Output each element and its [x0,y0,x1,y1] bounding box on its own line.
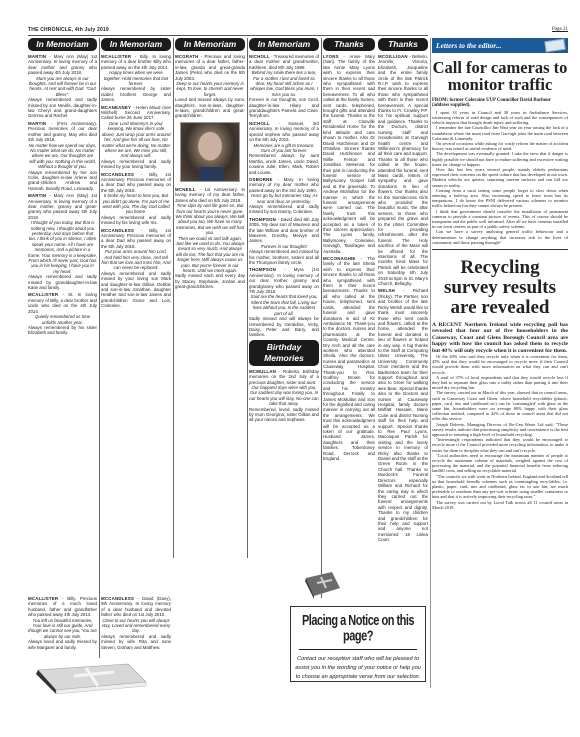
column-in-memoriam-2: In Memoriam MCALLISTER - Billy. In lovin… [101,38,171,311]
top-rule [28,35,428,36]
placing-notice-box: Placing a Notice on this page? Contact o… [290,606,426,682]
bible-icon [28,660,148,696]
notice-entry: MARTIN - (First Anniversary). Precious m… [28,121,97,191]
notice-entry: MCMULLAN - Roberta. Birthday memories on… [249,369,319,423]
column-divider [99,38,100,658]
section-header-thanks: Thanks [378,38,428,51]
notice-entry: MCALLISTER - Billy. In loving memory of … [101,54,171,103]
notice-box-body: Contact our reception staff who will be … [295,655,421,682]
notice-entry: MCANEANEY - Helen Maud (nee Mitchell) Se… [101,105,171,170]
section-header-in-memoriam: In Memoriam [28,38,97,51]
section-header-thanks: Thanks [323,38,375,51]
column-in-memoriam-2b: MCCANDLESS - David (Davy), 9th Anniversa… [101,596,171,652]
notice-entry: MCCONAGHIE - The family of the late Shei… [323,256,375,461]
notice-box-rule [299,649,417,650]
envelope-icon [544,39,565,53]
notice-entry: THOMPSON - David died 6th July 2005. 'My… [249,217,319,266]
notice-entry: MARTIN - Mary Ann (May) 1st Anniversary.… [28,54,97,119]
letter-body: I spent 18 years in Council and 38 years… [432,110,568,245]
article-divider [432,249,568,250]
column-divider [430,38,431,688]
notice-entry: MCNEILL - 1st Anniversary. In loving mem… [175,187,245,290]
section-header-in-memoriam: In Memoriam [101,38,171,51]
letter-byline: FROM: former Coleraine UUP Councillor Da… [432,98,568,109]
recycling-lead: A RECENT Northern Ireland wide recycling… [432,322,568,354]
notice-entry: NICHOLL - Treasured memories of a dear m… [249,54,319,119]
notice-entry: LYONS - Annie Mary (Nan). The family of … [323,54,375,254]
letters-column: Letters to the editor... Call for camera… [432,38,568,510]
notice-entry: MCGILLIGAN - Bellerin, Jennifer, Victori… [378,54,428,286]
column-divider [321,38,322,598]
column-divider [247,38,248,558]
notice-entry: MCALLISTER - Billy. Precious memories of… [28,596,97,650]
notice-entry: THOMPSON - Myra (1st Anniversary). In lo… [249,267,319,337]
column-in-memoriam-3: In Memoriam MCGRATH - Precious and lovin… [175,38,245,292]
column-divider [173,38,174,558]
notice-entry: MCALLISTER - St. In loving memory of Bil… [28,292,97,335]
section-header-in-memoriam: In Memoriam [249,38,319,51]
notice-entry: WELSH - Richard (Ricky). The Partner, so… [378,288,428,542]
notice-entry: MCCANDLESS - David (Davy), 9th Anniversa… [101,596,171,650]
section-header-in-memoriam: In Memoriam [175,38,245,51]
letter-headline: Call for cameras to monitor traffic [432,59,568,94]
masthead: THE CHRONICLE, 4th July 2019 Page 21 [28,27,568,35]
notice-entry: MARTIN - Mary Ann (May) 1st Anniversary.… [28,193,97,290]
column-thanks-2: Thanks MCGILLIGAN - Bellerin, Jennifer, … [378,38,428,545]
recycling-headline: Recycling survey results are revealed [432,258,568,318]
column-thanks-1: Thanks LYONS - Annie Mary (Nan). The fam… [323,38,375,463]
notice-entry: NICHOLL - Samuel, 3rd Anniversary. In lo… [249,121,319,175]
notice-entry: OSBORNE - Mary. In loving memory of my d… [249,177,319,215]
letters-banner: Letters to the editor... [432,38,568,53]
recycling-body: Of the 40% who said they recycle only wh… [432,354,568,510]
column-in-memoriam-4: In Memoriam NICHOLL - Treasured memories… [249,38,319,425]
masthead-title: THE CHRONICLE, 4th July 2019 [28,27,109,33]
notice-box-title: Placing a Notice on this page? [295,613,421,644]
memorial-photo [180,122,240,182]
bible-icon [302,570,342,600]
notice-entry: MCCANDLESS - Billy, 1st Anniversary. Pre… [101,172,171,226]
letters-banner-label: Letters to the editor... [436,41,501,50]
notice-entry: MCGRATH - Precious and loving memories o… [175,54,245,119]
column-in-memoriam-1b: MCALLISTER - Billy. Precious memories of… [28,596,97,652]
page-number: Page 21 [552,27,568,32]
column-in-memoriam-1: In Memoriam MARTIN - Mary Ann (May) 1st … [28,38,97,338]
notice-entry: MCCANDLESS - Billy, 1st Anniversary. Pre… [101,228,171,309]
section-header-birthday-memories: Birthday Memories [249,340,319,366]
